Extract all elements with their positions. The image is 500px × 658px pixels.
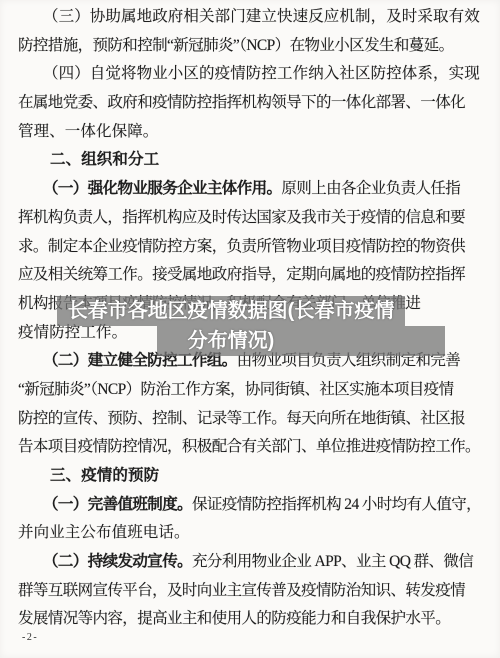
bold-text-segment: 三、疫情的预防 bbox=[50, 467, 159, 484]
text-segment: 防控的宣传、预防、控制、记录等工作。每天向所在地街镇、社区报 bbox=[18, 410, 465, 427]
document-line: 告本项目疫情防控情况，积极配合有关部门、单位推进疫情防控工作。 bbox=[18, 433, 482, 462]
text-segment: 防控措施，预防和控制“新冠肺炎”（NCP）在物业小区发生和蔓延。 bbox=[18, 37, 453, 54]
document-line: 应及相关统筹工作。接受属地政府指导，定期向属地的疫情防控指挥 bbox=[18, 261, 482, 290]
document-line: 并向业主公布值班电话。 bbox=[18, 519, 482, 548]
document-line: （三）协助属地政府相关部门建立快速反应机制，及时采取有效 bbox=[18, 3, 482, 32]
text-segment: 保证疫情防控指挥机构 24 小时均有人值守， bbox=[192, 496, 481, 513]
text-segment: 原则上由各企业负责人任指 bbox=[281, 180, 460, 197]
bold-text-segment: （一）完善值班制度。 bbox=[43, 496, 192, 513]
section-heading: 三、疫情的预防 bbox=[18, 462, 482, 491]
document-line: 求。制定本企业疫情防控方案，负责所管物业项目疫情防控的物资供 bbox=[18, 233, 482, 262]
bold-text-segment: （二）持续发动宣传。 bbox=[43, 553, 192, 570]
text-segment: （三）协助属地政府相关部门建立快速反应机制，及时采取有效 bbox=[43, 8, 480, 25]
document-line: 管理、一体化保障。 bbox=[18, 118, 482, 147]
text-segment: 群等互联网宣传平台，及时向业主宣传普及疫情防治知识、转发疫情 bbox=[18, 582, 465, 599]
text-segment: 挥机构负责人，指挥机构应及时传达国家及我市关于疫情的信息和要 bbox=[18, 209, 465, 226]
text-segment: “新冠肺炎”（NCP）防治工作方案，协同街镇、社区实施本项目疫情 bbox=[18, 381, 453, 398]
document-line: 防控措施，预防和控制“新冠肺炎”（NCP）在物业小区发生和蔓延。 bbox=[18, 32, 482, 61]
overlay-title-line2: 分布情况) bbox=[57, 326, 405, 356]
bold-text-segment: （一）强化物业服务企业主体作用。 bbox=[43, 180, 281, 197]
document-line: 群等互联网宣传平台，及时向业主宣传普及疫情防治知识、转发疫情 bbox=[18, 577, 482, 606]
section-heading: 二、组织和分工 bbox=[18, 146, 482, 175]
text-segment: 充分利用物业企业 APP、业主 QQ 群、微信 bbox=[192, 553, 473, 570]
document-line: “新冠肺炎”（NCP）防治工作方案，协同街镇、社区实施本项目疫情 bbox=[18, 376, 482, 405]
document-line: 挥机构负责人，指挥机构应及时传达国家及我市关于疫情的信息和要 bbox=[18, 204, 482, 233]
document-line: （一）完善值班制度。保证疫情防控指挥机构 24 小时均有人值守， bbox=[18, 491, 482, 520]
document-line: （二）持续发动宣传。充分利用物业企业 APP、业主 QQ 群、微信 bbox=[18, 548, 482, 577]
document-line: 在属地党委、政府和疫情防控指挥机构领导下的一体化部署、一体化 bbox=[18, 89, 482, 118]
text-segment: 应及相关统筹工作。接受属地政府指导，定期向属地的疫情防控指挥 bbox=[18, 266, 465, 283]
overlay-title-line1: 长春市各地区疫情数据图(长春市疫情 bbox=[57, 296, 405, 326]
document-page: （三）协助属地政府相关部门建立快速反应机制，及时采取有效防控措施，预防和控制“新… bbox=[0, 0, 500, 658]
text-segment: 管理、一体化保障。 bbox=[18, 123, 158, 140]
text-segment: 发展情况等内容，提高业主和使用人的防疫能力和自我保护水平。 bbox=[18, 610, 450, 627]
page-number: -2- bbox=[22, 632, 38, 643]
overlay-banner: 长春市各地区疫情数据图(长春市疫情 分布情况) bbox=[57, 296, 445, 356]
overlay-title: 长春市各地区疫情数据图(长春市疫情 分布情况) bbox=[57, 296, 405, 356]
document-line: 防控的宣传、预防、控制、记录等工作。每天向所在地街镇、社区报 bbox=[18, 405, 482, 434]
bold-text-segment: 二、组织和分工 bbox=[50, 151, 159, 168]
text-segment: （四）自觉将物业小区的疫情防控工作纳入社区防控体系，实现 bbox=[43, 65, 480, 82]
document-line: （四）自觉将物业小区的疫情防控工作纳入社区防控体系，实现 bbox=[18, 60, 482, 89]
text-segment: 在属地党委、政府和疫情防控指挥机构领导下的一体化部署、一体化 bbox=[18, 94, 465, 111]
text-segment: 并向业主公布值班电话。 bbox=[18, 524, 190, 541]
text-segment: 告本项目疫情防控情况，积极配合有关部门、单位推进疫情防控工作。 bbox=[18, 438, 480, 455]
document-line: （一）强化物业服务企业主体作用。原则上由各企业负责人任指 bbox=[18, 175, 482, 204]
document-line: 发展情况等内容，提高业主和使用人的防疫能力和自我保护水平。 bbox=[18, 605, 482, 634]
text-segment: 求。制定本企业疫情防控方案，负责所管物业项目疫情防控的物资供 bbox=[18, 238, 465, 255]
